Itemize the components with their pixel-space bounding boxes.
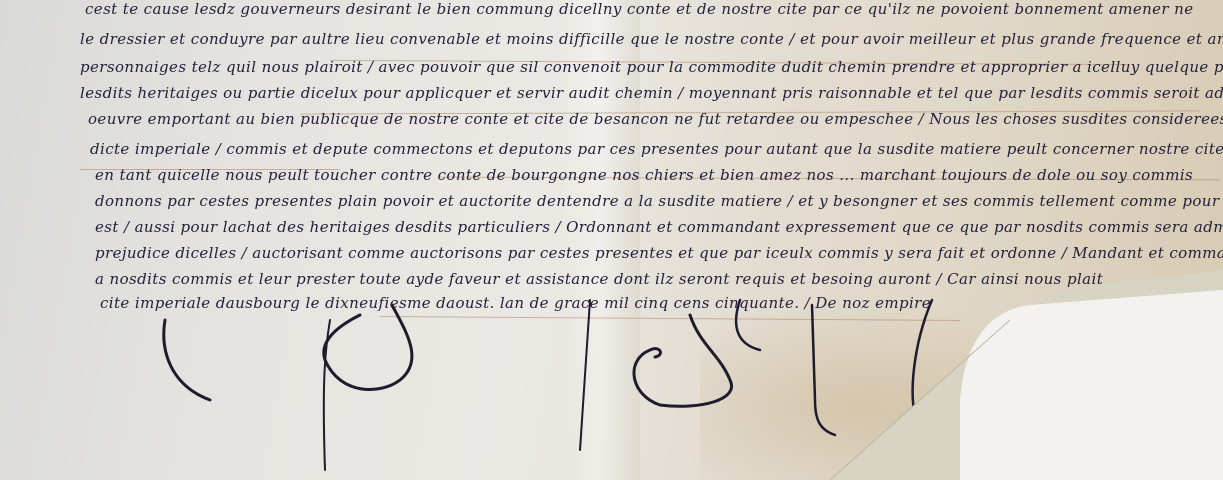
curled-page-corner [0, 0, 1223, 480]
